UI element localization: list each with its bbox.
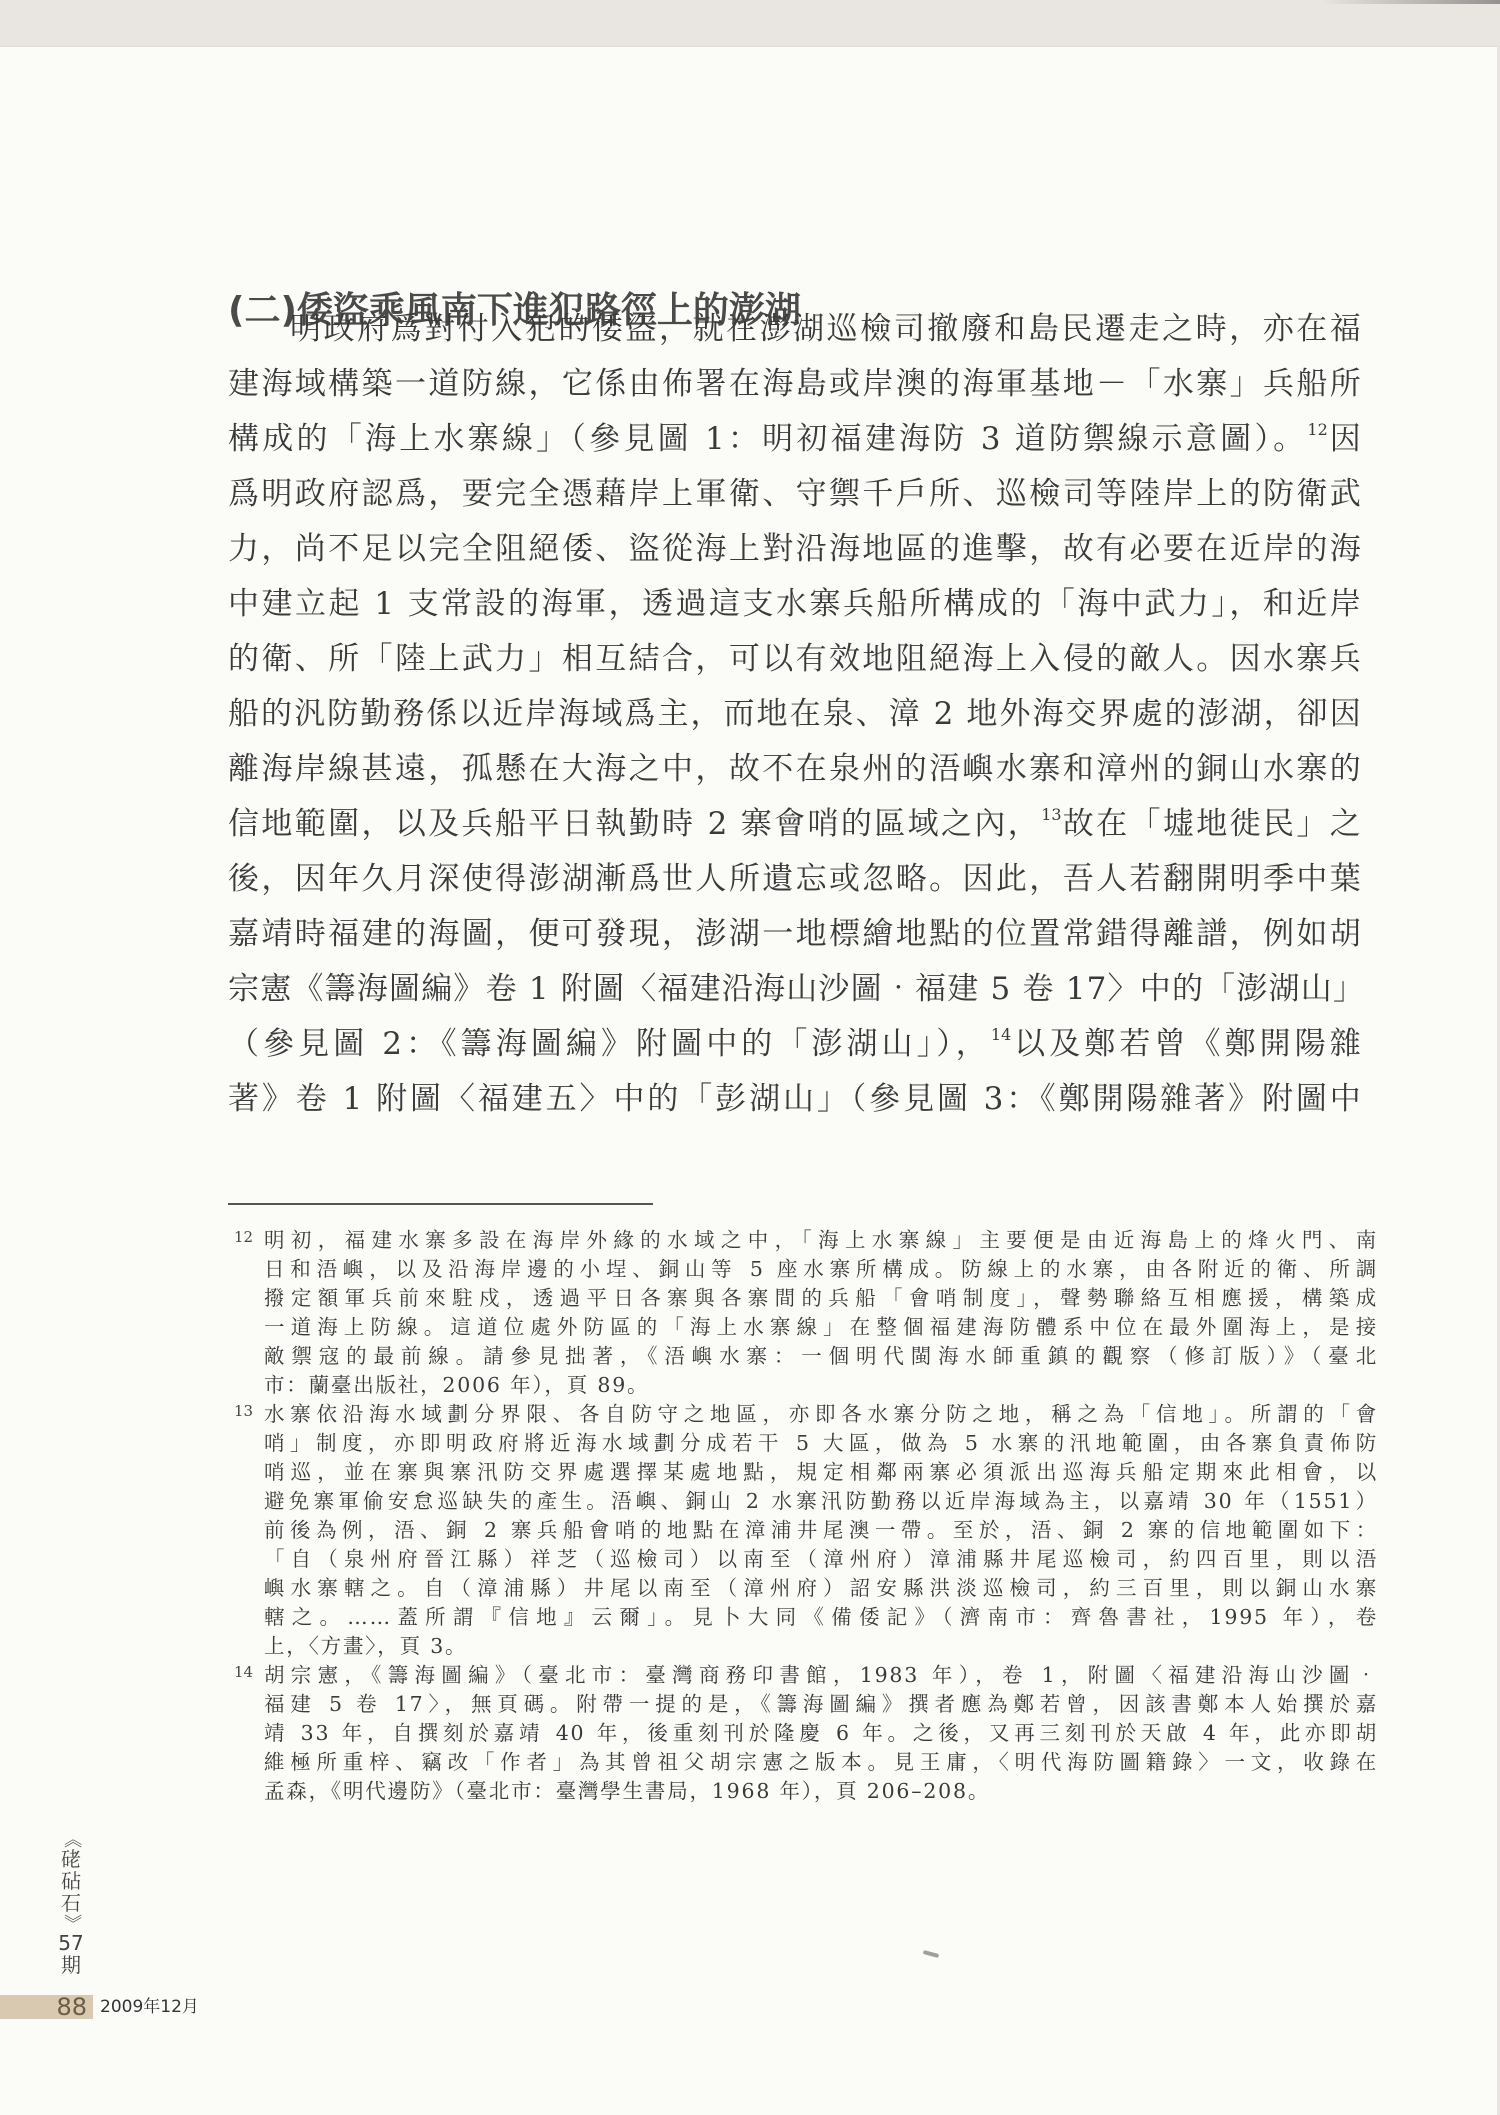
page-number-tab: 88 xyxy=(0,1995,93,2019)
issue-suffix: 期 xyxy=(56,1954,86,1976)
body-line: 中建立起 1 支常設的海軍，透過這支水寨兵船所構成的「海中武力」，和近岸 xyxy=(228,577,1362,632)
footnote-13: 13 水寨依沿海水域劃分界限、各自防守之地區，亦即各水寨分防之地，稱之為「信地」… xyxy=(228,1400,1378,1661)
footnote-line: 水寨依沿海水域劃分界限、各自防守之地區，亦即各水寨分防之地，稱之為「信地」。所謂… xyxy=(264,1400,1378,1429)
body-line: 信地範圍，以及兵船平日執勤時 2 寨會哨的區域之內，13故在「墟地徙民」之 xyxy=(228,797,1362,852)
body-line: 宗憲《籌海圖編》卷 1 附圖〈福建沿海山沙圖‧福建 5 卷 17〉中的「澎湖山」 xyxy=(228,962,1362,1017)
footnote-ref-12[interactable]: 12 xyxy=(1307,420,1327,439)
footnotes: 12 明初，福建水寨多設在海岸外緣的水域之中，「海上水寨線」主要便是由近海島上的… xyxy=(228,1226,1378,1806)
issue-date: 2009年12月 xyxy=(100,1996,199,2018)
journal-title-vertical: 《 硓 砧 石 》 57 期 xyxy=(56,1830,86,1976)
body-line: 後，因年久月深使得澎湖漸爲世人所遺忘或忽略。因此，吾人若翻開明季中葉 xyxy=(228,852,1362,907)
footnote-14: 14 胡宗憲，《籌海圖編》（臺北市：臺灣商務印書館，1983 年），卷 1，附圖… xyxy=(228,1661,1378,1806)
body-text: 明政府爲對付入犯的倭盜，就在澎湖巡檢司撤廢和島民遷走之時，亦在福 建海域構築一道… xyxy=(228,302,1362,1127)
footnote-divider xyxy=(228,1203,653,1205)
footnote-line: 上，〈方畫〉，頁 3。 xyxy=(264,1632,1378,1661)
footnote-ref-13[interactable]: 13 xyxy=(1041,805,1061,824)
footnote-line: 前後為例，浯、銅 2 寨兵船會哨的地點在漳浦井尾澳一帶。至於，浯、銅 2 寨的信… xyxy=(264,1516,1378,1545)
body-line: 明政府爲對付入犯的倭盜，就在澎湖巡檢司撤廢和島民遷走之時，亦在福 xyxy=(228,302,1362,357)
body-line: 建海域構築一道防線，它係由佈署在海島或岸澳的海軍基地－「水寨」兵船所 xyxy=(228,357,1362,412)
footnote-line: 哨巡，並在寨與寨汛防交界處選擇某處地點，規定相鄰兩寨必須派出巡海兵船定期來此相會… xyxy=(264,1458,1378,1487)
footnote-line: 胡宗憲，《籌海圖編》（臺北市：臺灣商務印書館，1983 年），卷 1，附圖〈福建… xyxy=(264,1661,1378,1690)
body-line: 力，尚不足以完全阻絕倭、盜從海上對沿海地區的進擊，故有必要在近岸的海 xyxy=(228,522,1362,577)
scan-smudge xyxy=(923,1950,939,1958)
footnote-line: 日和浯嶼，以及沿海岸邊的小埕、銅山等 5 座水寨所構成。防線上的水寨，由各附近的… xyxy=(264,1255,1378,1284)
body-line: 離海岸線甚遠，孤懸在大海之中，故不在泉州的浯嶼水寨和漳州的銅山水寨的 xyxy=(228,742,1362,797)
footnote-line: 避免寨軍偷安怠巡缺失的產生。浯嶼、銅山 2 水寨汛防勤務以近岸海域為主，以嘉靖 … xyxy=(264,1487,1378,1516)
body-line: 爲明政府認爲，要完全憑藉岸上軍衛、守禦千戶所、巡檢司等陸岸上的防衛武 xyxy=(228,467,1362,522)
body-line: 的衛、所「陸上武力」相互結合，可以有效地阻絕海上入侵的敵人。因水寨兵 xyxy=(228,632,1362,687)
footnote-line: 市：蘭臺出版社，2006 年），頁 89。 xyxy=(264,1371,1378,1400)
body-line: （參見圖 2：《籌海圖編》附圖中的「澎湖山」），14以及鄭若曾《鄭開陽雜 xyxy=(228,1017,1362,1072)
footnote-line: 維極所重梓、竊改「作者」為其曾祖父胡宗憲之版本。見王庸，〈明代海防圖籍錄〉一文，… xyxy=(264,1748,1378,1777)
footnote-number: 13 xyxy=(234,1402,253,1420)
footnote-ref-14[interactable]: 14 xyxy=(991,1025,1011,1044)
footnote-number: 12 xyxy=(234,1228,253,1246)
footnote-line: 一道海上防線。這道位處外防區的「海上水寨線」在整個福建海防體系中位在最外圍海上，… xyxy=(264,1313,1378,1342)
body-line: 嘉靖時福建的海圖，便可發現，澎湖一地標繪地點的位置常錯得離譜，例如胡 xyxy=(228,907,1362,962)
footnote-line: 敵禦寇的最前線。請參見拙著，《浯嶼水寨：一個明代閩海水師重鎮的觀察（修訂版）》（… xyxy=(264,1342,1378,1371)
footnote-12: 12 明初，福建水寨多設在海岸外緣的水域之中，「海上水寨線」主要便是由近海島上的… xyxy=(228,1226,1378,1400)
scan-shadow xyxy=(1320,0,1500,4)
body-line: 著》卷 1 附圖〈福建五〉中的「彭湖山」（參見圖 3：《鄭開陽雜著》附圖中 xyxy=(228,1072,1362,1127)
journal-open-bracket: 《 xyxy=(62,1824,80,1854)
footnote-line: 明初，福建水寨多設在海岸外緣的水域之中，「海上水寨線」主要便是由近海島上的烽火門… xyxy=(264,1226,1378,1255)
journal-char: 砧 xyxy=(56,1870,86,1892)
footnote-line: 哨」制度，亦即明政府將近海水域劃分成若干 5 大區，做為 5 水寨的汛地範圍，由… xyxy=(264,1429,1378,1458)
page-number: 88 xyxy=(56,1993,87,2021)
footnote-line: 靖 33 年，自撰刻於嘉靖 40 年，後重刻刊於隆慶 6 年。之後，又再三刻刊於… xyxy=(264,1719,1378,1748)
footnote-line: 撥定額軍兵前來駐戍，透過平日各寨與各寨間的兵船「會哨制度」，聲勢聯絡互相應援，構… xyxy=(264,1284,1378,1313)
journal-close-bracket: 》 xyxy=(62,1908,80,1938)
footnote-line: 轄之。……蓋所謂『信地』云爾」。見卜大同《備倭記》（濟南市：齊魯書社，1995 … xyxy=(264,1603,1378,1632)
footnote-line: 孟森，《明代邊防》（臺北市：臺灣學生書局，1968 年），頁 206–208。 xyxy=(264,1777,1378,1806)
body-line: 構成的「海上水寨線」（參見圖 1：明初福建海防 3 道防禦線示意圖）。12因 xyxy=(228,412,1362,467)
footnote-number: 14 xyxy=(234,1663,253,1681)
footnote-line: 「自（泉州府晉江縣）祥芝（巡檢司）以南至（漳州府）漳浦縣井尾巡檢司，約四百里，則… xyxy=(264,1545,1378,1574)
footnote-line: 福建 5 卷 17〉，無頁碼。附帶一提的是，《籌海圖編》撰者應為鄭若曾，因該書鄭… xyxy=(264,1690,1378,1719)
footnote-line: 嶼水寨轄之。自（漳浦縣）井尾以南至（漳州府）詔安縣洪淡巡檢司，約三百里，則以銅山… xyxy=(264,1574,1378,1603)
body-line: 船的汎防勤務係以近岸海域爲主，而地在泉、漳 2 地外海交界處的澎湖，卻因 xyxy=(228,687,1362,742)
scan-top-band xyxy=(0,0,1500,47)
